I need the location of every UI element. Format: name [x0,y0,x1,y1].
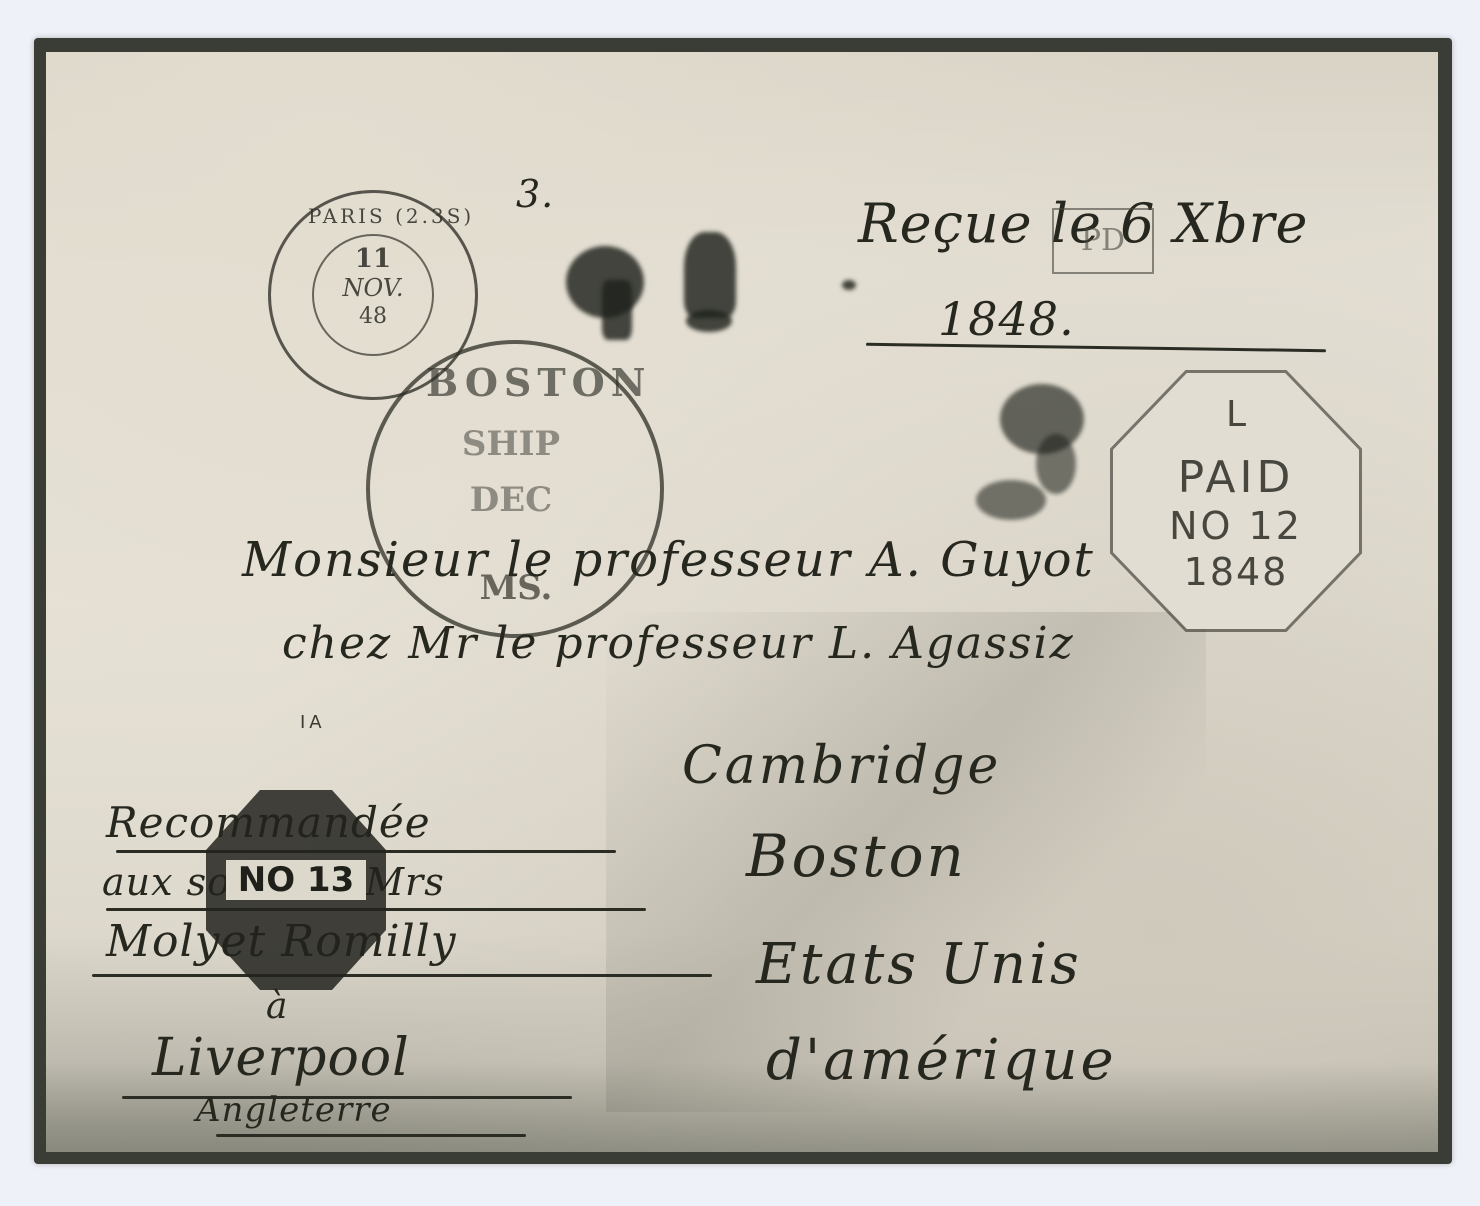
rate-mark-2 [976,384,1116,534]
docket-underline [866,343,1326,352]
routing-underline-3 [92,974,712,977]
address-line-4: Boston [746,822,967,890]
paid-year: 1848 [1136,550,1336,594]
address-line-6: d'amérique [766,1028,1117,1093]
paid-postmark: L PAID NO 12 1848 [1110,370,1362,632]
address-line-3: Cambridge [682,736,1001,796]
docket-line-2: 1848. [938,292,1075,346]
ink-dot [842,280,856,290]
pencil-rate-mark: 3. [516,172,554,216]
paid-word: PAID [1136,452,1336,503]
address-line-5: Etats Unis [756,932,1082,997]
routing-line-4: à [266,986,288,1027]
boston-ship-text: SHIP [436,424,586,464]
registration-postmark: NO 13 [206,790,386,990]
paid-date: NO 12 [1136,504,1336,548]
address-line-2: chez Mr le professeur L. Agassiz [282,618,1075,669]
routing-underline-6 [216,1134,526,1137]
paris-year: 48 [328,304,418,329]
boston-ship-postmark: BOSTON SHIP DEC MS. [366,340,666,640]
rate-mark-24 [566,232,746,342]
boston-date-text: DEC [436,480,586,520]
paris-month: NOV. [328,274,418,302]
envelope: PARIS (2.3S) 11 NOV. 48 BOSTON SHIP DEC … [46,52,1438,1152]
small-mark-ia: IA [300,712,326,733]
routing-line-5: Liverpool [152,1028,410,1088]
routing-line-6: Angleterre [196,1090,392,1130]
address-line-1: Monsieur le professeur A. Guyot [242,532,1095,588]
paid-letter-l: L [1186,394,1286,435]
paris-day: 11 [328,244,418,274]
pd-boxed-mark: PD [1052,208,1154,274]
registration-number: NO 13 [226,860,366,900]
boston-ring-text: BOSTON [426,360,606,405]
paris-ring-text: PARIS (2.3S) [308,204,438,228]
